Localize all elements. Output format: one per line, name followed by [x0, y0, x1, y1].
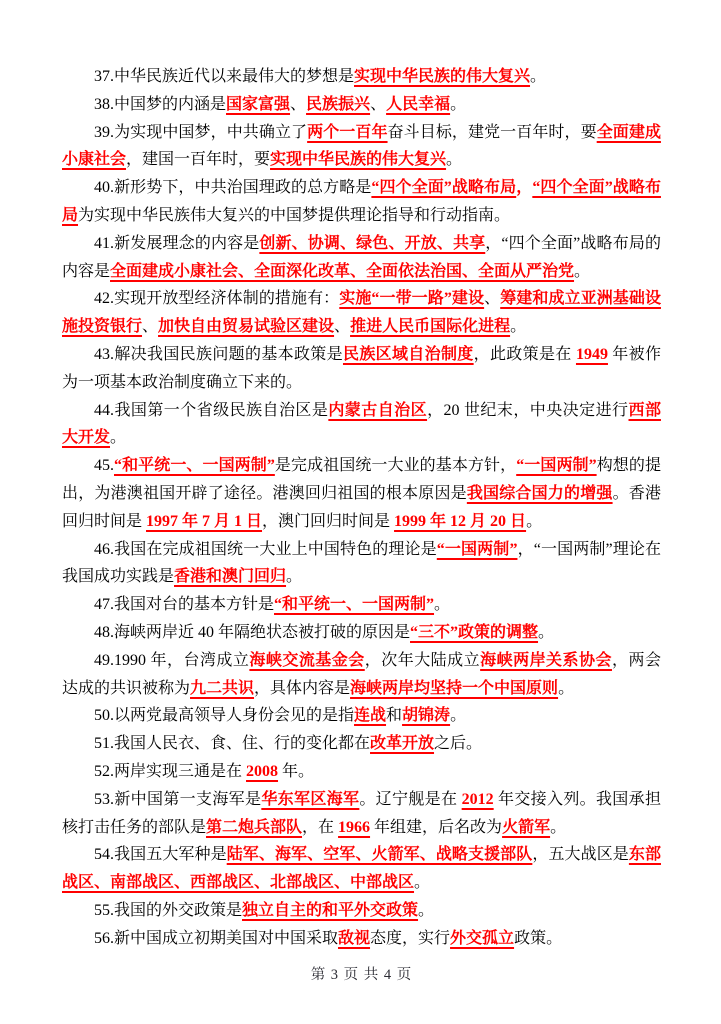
list-item: 42.实现开放型经济体制的措施有：实施“一带一路”建设、筹建和成立亚洲基础设施投… — [62, 285, 661, 341]
highlight-segment: 民族区域自治制度 — [343, 346, 474, 363]
list-item: 50.以两党最高领导人身份会见的是指连战和胡锦涛。 — [62, 702, 661, 730]
list-item: 41.新发展理念的内容是创新、协调、绿色、开放、共享，“四个全面”战略布局的内容… — [62, 230, 661, 286]
text-segment: 。 — [530, 68, 546, 85]
highlight-segment: ， — [516, 179, 532, 196]
text-segment: ，20 世纪末，中央决定进行 — [427, 402, 628, 419]
text-segment: 53.新中国第一支海军是 — [94, 791, 261, 808]
text-segment: 。 — [110, 429, 126, 446]
text-segment: ，五大战区是 — [532, 846, 629, 863]
highlight-segment: “和平统一、一国两制” — [114, 457, 275, 474]
text-segment: 39.为实现中国梦，中共确立了 — [94, 124, 307, 141]
list-item: 51.我国人民衣、食、住、行的变化都在改革开放之后。 — [62, 730, 661, 758]
text-segment: 44.我国第一个省级民族自治区是 — [94, 402, 328, 419]
text-segment: ，具体内容是 — [254, 680, 350, 697]
list-item: 49.1990 年，台湾成立海峡交流基金会，次年大陆成立海峡两岸关系协会，两会达… — [62, 647, 661, 703]
text-segment: 、 — [142, 318, 158, 335]
list-item: 40.新形势下，中共治国理政的总方略是“四个全面”战略布局，“四个全面”战略布局… — [62, 174, 661, 230]
list-item: 46.我国在完成祖国统一大业上中国特色的理论是“一国两制”，“一国两制”理论在我… — [62, 536, 661, 592]
highlight-segment: 民族振兴 — [306, 96, 370, 113]
text-segment: 。 — [446, 151, 462, 168]
text-segment: 56.新中国成立初期美国对中国采取 — [94, 930, 338, 947]
highlight-segment: 胡锦涛 — [402, 707, 450, 724]
highlight-segment: 改革开放 — [370, 735, 434, 752]
highlight-segment: 海峡两岸关系协会 — [480, 652, 612, 669]
text-segment: 40.新形势下，中共治国理政的总方略是 — [94, 179, 371, 196]
highlight-segment: 创新、协调、绿色、开放、共享 — [259, 235, 485, 252]
text-segment: 50.以两党最高领导人身份会见的是指 — [94, 707, 354, 724]
highlight-segment: 实施“一带一路”建设 — [339, 290, 484, 307]
highlight-segment: 2012 — [462, 791, 494, 808]
text-segment: 奋斗目标，建党一百年时，要 — [388, 124, 597, 141]
text-segment: 52.两岸实现三通是在 — [94, 763, 246, 780]
highlight-segment: 独立自主的和平外交政策 — [242, 902, 418, 919]
highlight-segment: “三不”政策的调整 — [410, 624, 538, 641]
highlight-segment: 人民幸福 — [386, 96, 450, 113]
highlight-segment: 连战 — [354, 707, 386, 724]
text-segment: 、 — [484, 290, 500, 307]
text-segment: 55.我国的外交政策是 — [94, 902, 242, 919]
text-segment: 54.我国五大军种是 — [94, 846, 227, 863]
text-segment: 政策。 — [514, 930, 562, 947]
text-segment: 45. — [94, 457, 114, 474]
text-segment: 38.中国梦的内涵是 — [94, 96, 226, 113]
highlight-segment: 推进人民币国际化进程 — [350, 318, 510, 335]
page-number: 第 3 页 共 4 页 — [62, 963, 661, 984]
highlight-segment: 国家富强 — [226, 96, 290, 113]
text-segment: 。 — [418, 902, 434, 919]
highlight-segment: 九二共识 — [190, 680, 254, 697]
text-segment: ，建国一百年时，要 — [126, 151, 270, 168]
text-segment: 。 — [286, 568, 302, 585]
highlight-segment: 华东军区海军 — [261, 791, 359, 808]
highlight-segment: 海峡两岸均坚持一个中国原则 — [350, 680, 558, 697]
text-segment: 。 — [558, 680, 574, 697]
list-item: 53.新中国第一支海军是华东军区海军。辽宁舰是在 2012 年交接入列。我国承担… — [62, 786, 661, 842]
list-item: 39.为实现中国梦，中共确立了两个一百年奋斗目标，建党一百年时，要全面建成小康社… — [62, 119, 661, 175]
text-segment: 。 — [434, 596, 450, 613]
text-segment: 43.解决我国民族问题的基本政策是 — [94, 346, 343, 363]
highlight-segment: 第二炮兵部队 — [206, 819, 302, 836]
list-item: 54.我国五大军种是陆军、海军、空军、火箭军、战略支援部队，五大战区是东部战区、… — [62, 841, 661, 897]
highlight-segment: 2008 — [246, 763, 278, 780]
text-segment: 。辽宁舰是在 — [359, 791, 461, 808]
highlight-segment: 1966 — [338, 819, 370, 836]
text-segment: 、 — [370, 96, 386, 113]
highlight-segment: 陆军、海军、空军、火箭军、战略支援部队 — [227, 846, 533, 863]
text-segment: 为实现中华民族伟大复兴的中国梦提供理论指导和行动指南。 — [78, 207, 510, 224]
text-segment: 、 — [290, 96, 306, 113]
text-segment: 。 — [414, 874, 430, 891]
text-segment: 是完成祖国统一大业的基本方针， — [275, 457, 516, 474]
text-segment: 。 — [450, 96, 466, 113]
text-segment: ，澳门回归时间是 — [262, 513, 394, 530]
list-item: 47.我国对台的基本方针是“和平统一、一国两制”。 — [62, 591, 661, 619]
highlight-segment: 香港和澳门回归 — [174, 568, 286, 585]
text-segment: 。 — [574, 263, 590, 280]
text-segment: 42.实现开放型经济体制的措施有： — [94, 290, 339, 307]
highlight-segment: “和平统一、一国两制” — [274, 596, 434, 613]
text-segment: 41.新发展理念的内容是 — [94, 235, 259, 252]
text-segment: 46.我国在完成祖国统一大业上中国特色的理论是 — [94, 541, 437, 558]
document-content: 37.中华民族近代以来最伟大的梦想是实现中华民族的伟大复兴。38.中国梦的内涵是… — [62, 63, 661, 953]
document-page: 37.中华民族近代以来最伟大的梦想是实现中华民族的伟大复兴。38.中国梦的内涵是… — [0, 0, 721, 1024]
list-item: 43.解决我国民族问题的基本政策是民族区域自治制度，此政策是在 1949 年被作… — [62, 341, 661, 397]
highlight-segment: “四个全面”战略布局 — [371, 179, 516, 196]
highlight-segment: “一国两制” — [516, 457, 596, 474]
list-item: 38.中国梦的内涵是国家富强、民族振兴、人民幸福。 — [62, 91, 661, 119]
text-segment: 。 — [510, 318, 526, 335]
text-segment: ，次年大陆成立 — [365, 652, 480, 669]
text-segment: 49.1990 年，台湾成立 — [94, 652, 249, 669]
list-item: 44.我国第一个省级民族自治区是内蒙古自治区，20 世纪末，中央决定进行西部大开… — [62, 397, 661, 453]
highlight-segment: 实现中华民族的伟大复兴 — [270, 151, 446, 168]
highlight-segment: 两个一百年 — [307, 124, 387, 141]
text-segment: ，此政策是在 — [474, 346, 576, 363]
highlight-segment: 敌视 — [338, 930, 370, 947]
highlight-segment: 内蒙古自治区 — [328, 402, 427, 419]
list-item: 56.新中国成立初期美国对中国采取敌视态度，实行外交孤立政策。 — [62, 925, 661, 953]
highlight-segment: 1999 年 12 月 20 日 — [394, 513, 526, 530]
text-segment: 。 — [450, 707, 466, 724]
text-segment: 。 — [538, 624, 554, 641]
highlight-segment: 海峡交流基金会 — [249, 652, 364, 669]
highlight-segment: 实现中华民族的伟大复兴 — [354, 68, 530, 85]
highlight-segment: 我国综合国力的增强 — [467, 485, 613, 502]
list-item: 48.海峡两岸近 40 年隔绝状态被打破的原因是“三不”政策的调整。 — [62, 619, 661, 647]
list-item: 37.中华民族近代以来最伟大的梦想是实现中华民族的伟大复兴。 — [62, 63, 661, 91]
text-segment: 。 — [526, 513, 542, 530]
highlight-segment: 1997 年 7 月 1 日 — [146, 513, 262, 530]
text-segment: 之后。 — [434, 735, 482, 752]
highlight-segment: 外交孤立 — [450, 930, 514, 947]
text-segment: ，在 — [302, 819, 338, 836]
text-segment: 、 — [334, 318, 350, 335]
text-segment: 年。 — [278, 763, 314, 780]
text-segment: 37.中华民族近代以来最伟大的梦想是 — [94, 68, 354, 85]
text-segment: 47.我国对台的基本方针是 — [94, 596, 274, 613]
highlight-segment: “一国两制” — [437, 541, 518, 558]
highlight-segment: 全面建成小康社会、全面深化改革、全面依法治国、全面从严治党 — [110, 263, 574, 280]
text-segment: 态度，实行 — [370, 930, 450, 947]
highlight-segment: 1949 — [576, 346, 608, 363]
list-item: 55.我国的外交政策是独立自主的和平外交政策。 — [62, 897, 661, 925]
highlight-segment: 加快自由贸易试验区建设 — [158, 318, 334, 335]
highlight-segment: 火箭军 — [502, 819, 550, 836]
text-segment: 和 — [386, 707, 402, 724]
text-segment: 48.海峡两岸近 40 年隔绝状态被打破的原因是 — [94, 624, 410, 641]
text-segment: 51.我国人民衣、食、住、行的变化都在 — [94, 735, 370, 752]
text-segment: 年组建，后名改为 — [370, 819, 502, 836]
list-item: 45.“和平统一、一国两制”是完成祖国统一大业的基本方针，“一国两制”构想的提出… — [62, 452, 661, 535]
list-item: 52.两岸实现三通是在 2008 年。 — [62, 758, 661, 786]
text-segment: 。 — [550, 819, 566, 836]
